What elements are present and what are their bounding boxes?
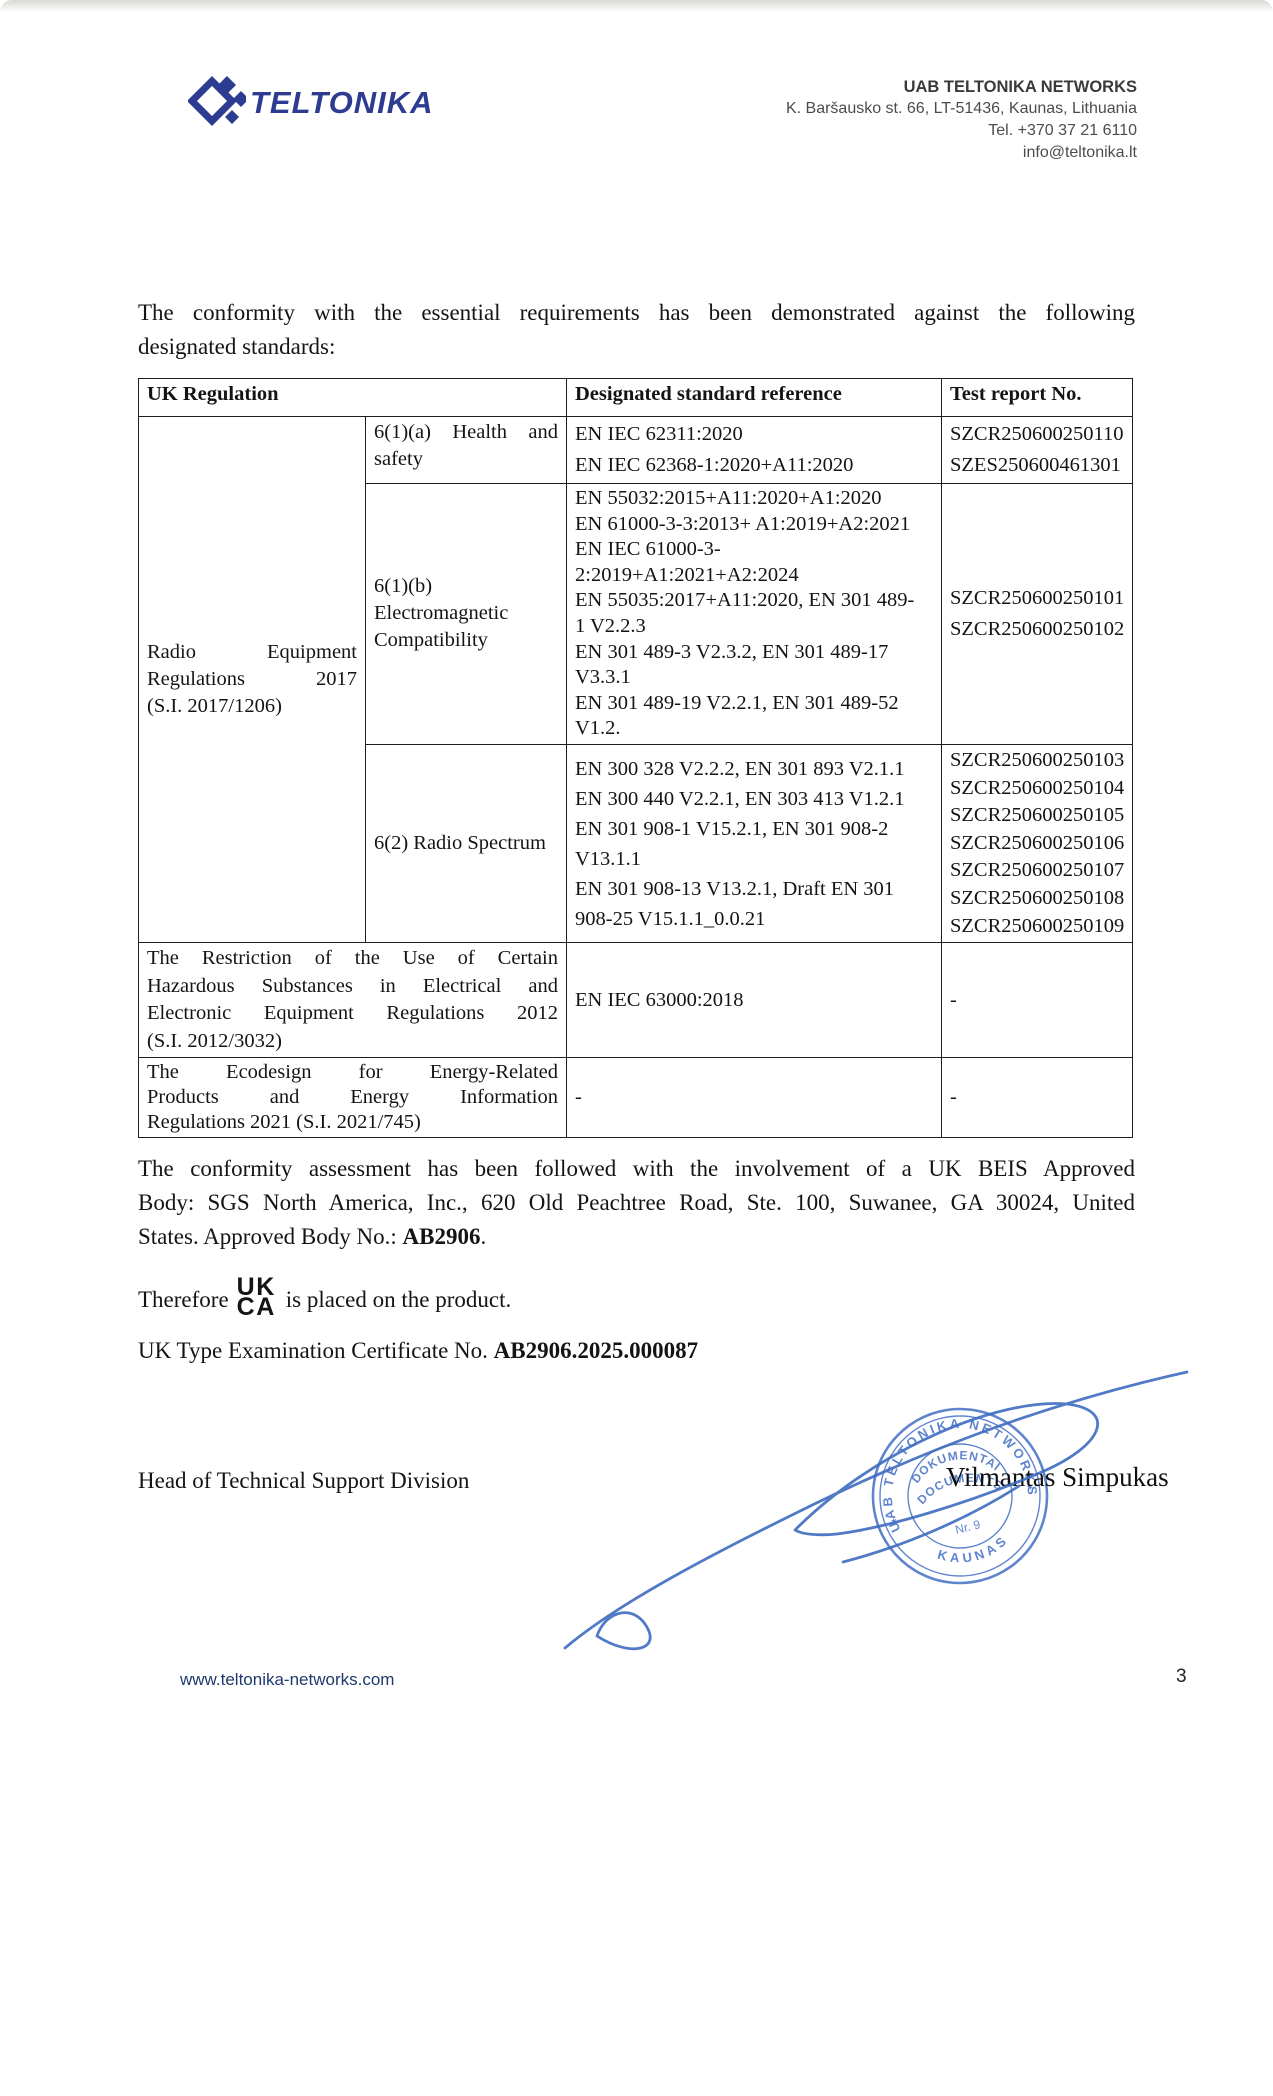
radio-regulation-cell: Radio EquipmentRegulations 2017(S.I. 201… — [139, 417, 366, 943]
ukca-statement: Therefore UK CA is placed on the product… — [138, 1280, 511, 1320]
test-report-header: Test report No. — [942, 379, 1133, 417]
assessment-line-1: The conformity assessment has been follo… — [138, 1152, 1135, 1186]
uk-regulation-header: UK Regulation — [139, 379, 567, 417]
scanner-page-edge — [0, 0, 1273, 12]
assessment-line-3: States. Approved Body No.: AB2906. — [138, 1220, 1135, 1254]
intro-paragraph: The conformity with the essential requir… — [138, 296, 1135, 364]
ecodesign-row: The Ecodesign for Energy-RelatedProducts… — [139, 1058, 1133, 1138]
signatory-name: Vilmantas Simpukas — [946, 1462, 1169, 1493]
svg-text:KAUNAS: KAUNAS — [933, 1530, 1015, 1574]
page-number: 3 — [1176, 1666, 1187, 1688]
intro-line-1: The conformity with the essential requir… — [138, 296, 1135, 330]
company-address: K. Baršausko st. 66, LT-51436, Kaunas, L… — [786, 98, 1137, 120]
radio-clause-cell: 6(2) Radio Spectrum — [366, 744, 567, 942]
company-contact-block: UAB TELTONIKA NETWORKS K. Baršausko st. … — [786, 76, 1137, 164]
rohs-row: The Restriction of the Use of CertainHaz… — [139, 943, 1133, 1058]
approved-body-number: AB2906 — [403, 1224, 481, 1249]
document-page: { "header": { "logo_text": "TELTONIKA", … — [0, 0, 1273, 2096]
stamp-ring-bottom-text: KAUNAS — [933, 1530, 1015, 1574]
ecodesign-standards-cell: - — [567, 1058, 942, 1138]
health-safety-row: Radio EquipmentRegulations 2017(S.I. 201… — [139, 417, 1133, 484]
health-standards-cell: EN IEC 62311:2020EN IEC 62368-1:2020+A11… — [567, 417, 942, 484]
ecodesign-regulation-cell: The Ecodesign for Energy-RelatedProducts… — [139, 1058, 567, 1138]
signatory-title: Head of Technical Support Division — [138, 1468, 469, 1494]
ukca-prefix: Therefore — [138, 1287, 229, 1313]
teltonika-logo: TELTONIKA — [188, 74, 434, 131]
footer-website: www.teltonika-networks.com — [180, 1670, 394, 1690]
radio-reports-cell: SZCR250600250103SZCR250600250104SZCR2506… — [942, 744, 1133, 942]
company-email: info@teltonika.lt — [786, 142, 1137, 164]
certificate-line: UK Type Examination Certificate No. AB29… — [138, 1338, 698, 1364]
stamp-inner-line3: Nr. 9 — [954, 1517, 982, 1537]
ecodesign-reports-cell: - — [942, 1058, 1133, 1138]
standards-table: UK Regulation Designated standard refere… — [138, 378, 1133, 1138]
emc-standards-cell: EN 55032:2015+A11:2020+A1:2020EN 61000-3… — [567, 484, 942, 745]
health-reports-cell: SZCR250600250110SZES250600461301 — [942, 417, 1133, 484]
company-stamp: UAB TELTONIKA NETWORKS KAUNAS DOKUMENTAI… — [860, 1396, 1060, 1601]
ukca-suffix: is placed on the product. — [286, 1287, 511, 1313]
standard-reference-header: Designated standard reference — [567, 379, 942, 417]
health-clause-cell: 6(1)(a) Health andsafety — [366, 417, 567, 484]
company-name: UAB TELTONIKA NETWORKS — [786, 76, 1137, 98]
assessment-line-2: Body: SGS North America, Inc., 620 Old P… — [138, 1186, 1135, 1220]
ukca-mark: UK CA — [237, 1277, 276, 1317]
rohs-standards-cell: EN IEC 63000:2018 — [567, 943, 942, 1058]
teltonika-logo-icon — [188, 74, 246, 131]
assessment-paragraph: The conformity assessment has been follo… — [138, 1152, 1135, 1254]
emc-clause-cell: 6(1)(b)ElectromagneticCompatibility — [366, 484, 567, 745]
emc-reports-cell: SZCR250600250101SZCR250600250102 — [942, 484, 1133, 745]
company-phone: Tel. +370 37 21 6110 — [786, 120, 1137, 142]
radio-standards-cell: EN 300 328 V2.2.2, EN 301 893 V2.1.1EN 3… — [567, 744, 942, 942]
rohs-reports-cell: - — [942, 943, 1133, 1058]
certificate-number: AB2906.2025.000087 — [494, 1338, 698, 1363]
logo-text: TELTONIKA — [250, 85, 434, 121]
intro-line-2: designated standards: — [138, 330, 1135, 364]
rohs-regulation-cell: The Restriction of the Use of CertainHaz… — [139, 943, 567, 1058]
table-header-row: UK Regulation Designated standard refere… — [139, 379, 1133, 417]
